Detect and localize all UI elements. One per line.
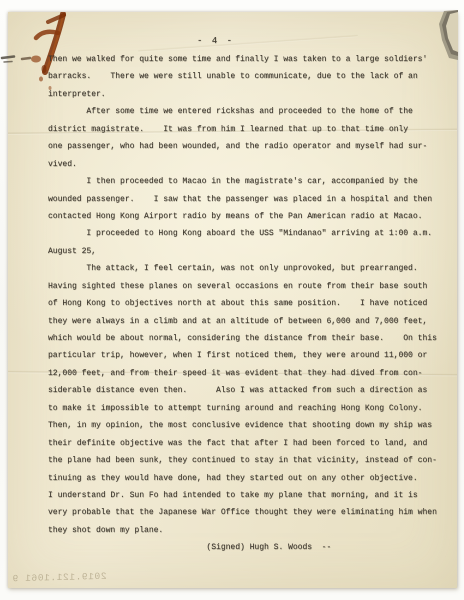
text-line: to make it impossible to attempt turning… <box>48 400 437 417</box>
scan-background: - 4 - Then we walked for quite some time… <box>0 0 464 600</box>
text-line: I understand Dr. Sun Fo had intended to … <box>48 487 437 504</box>
text-line: interpreter. <box>48 86 437 103</box>
page-number: - 4 - <box>0 36 440 46</box>
text-line: August 25, <box>48 243 437 260</box>
document-body: Then we walked for quite some time and f… <box>48 51 437 557</box>
text-line: particular trip, however, when I first n… <box>48 347 437 364</box>
text-line: tinuing as they would have done, had the… <box>48 470 437 487</box>
text-line: their definite objective was the fact th… <box>48 435 437 452</box>
text-line: siderable distance even then. Also I was… <box>48 382 437 399</box>
text-line: district magistrate. It was from him I l… <box>48 121 437 138</box>
text-line: vived. <box>48 156 437 173</box>
text-line: I then proceeded to Macao in the magistr… <box>48 173 437 190</box>
text-line: contacted Hong Kong Airport radio by mea… <box>48 208 437 225</box>
text-line: very probable that the Japanese War Offi… <box>48 504 437 521</box>
text-line: wounded passenger. I saw that the passen… <box>48 191 437 208</box>
document-page: - 4 - Then we walked for quite some time… <box>8 12 457 588</box>
text-line: they were always in a climb and at an al… <box>48 313 437 330</box>
catalog-number-mirrored: 2019.121.1061 9 <box>12 571 107 584</box>
text-line: (Signed) Hugh S. Woods -- <box>48 539 437 556</box>
text-line: Having sighted these planes on several o… <box>48 278 437 295</box>
text-line: Then we walked for quite some time and f… <box>48 51 437 68</box>
text-line: Then, in my opinion, the most conclusive… <box>48 417 437 434</box>
text-line: After some time we entered rickshas and … <box>48 103 437 120</box>
text-line: which would be about normal, considering… <box>48 330 437 347</box>
text-line: the plane had been sunk, they continued … <box>48 452 437 469</box>
text-line: they shot down my plane. <box>48 522 437 539</box>
text-line: I proceeded to Hong Kong aboard the USS … <box>48 225 437 242</box>
text-line: of Hong Kong to objectives north at abou… <box>48 295 437 312</box>
text-line: barracks. There we were still unable to … <box>48 68 437 85</box>
text-line: 12,000 feet, and from their speed it was… <box>48 365 437 382</box>
text-line: The attack, I feel certain, was not only… <box>48 260 437 277</box>
text-line: one passenger, who had been wounded, and… <box>48 138 437 155</box>
